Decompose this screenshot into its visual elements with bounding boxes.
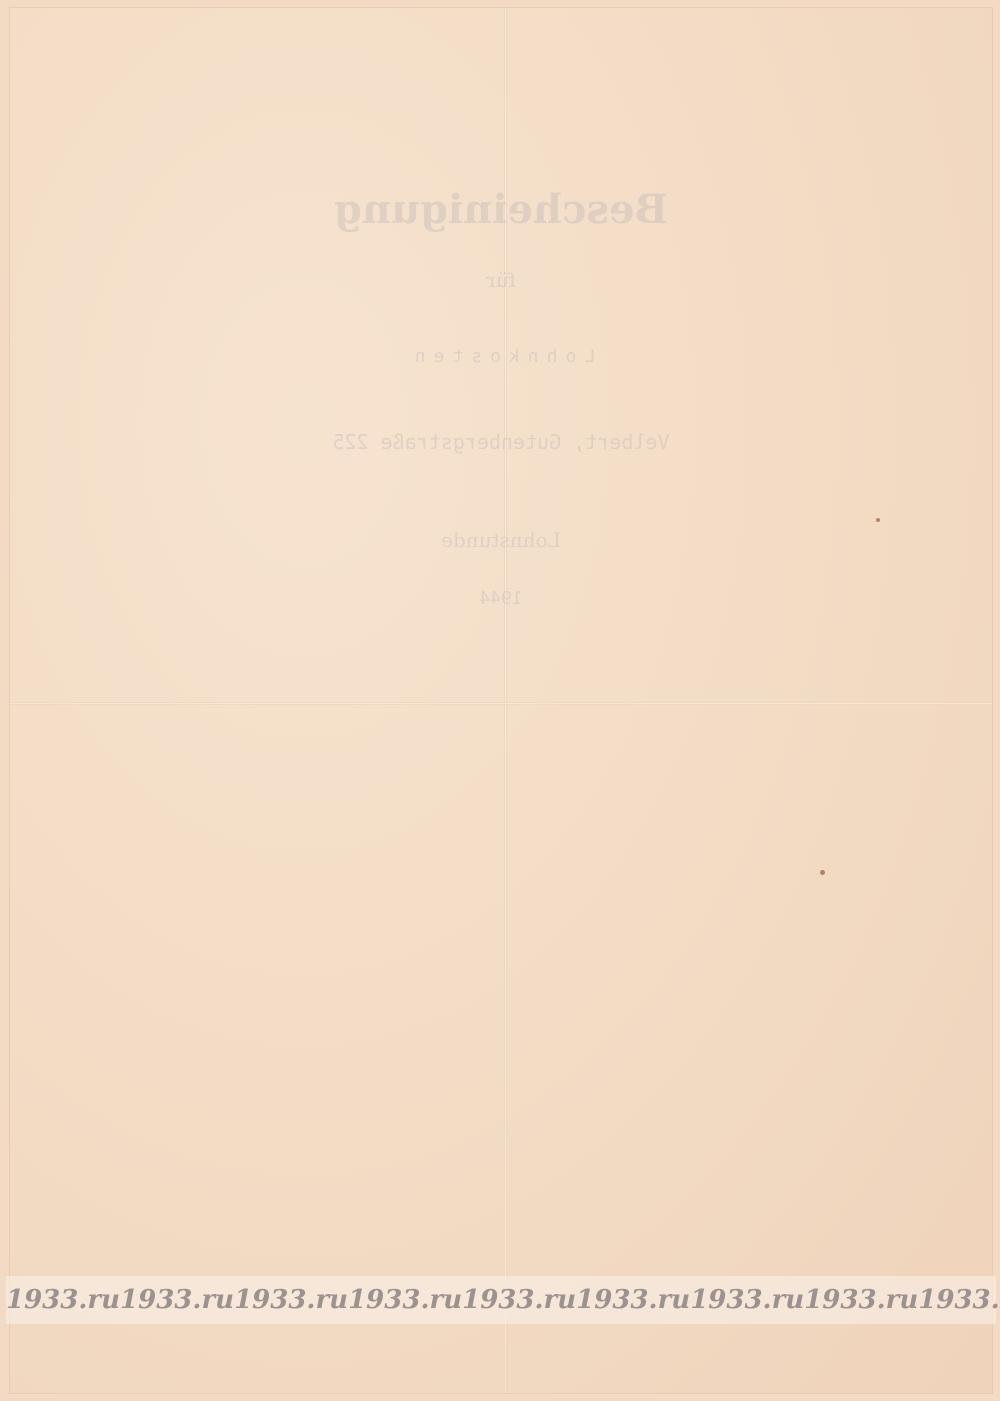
ghost-line: Lohnstunde [10, 528, 992, 552]
ghost-title: Bescheinigung [10, 186, 992, 233]
watermark-text: 1933.ru [462, 1285, 576, 1315]
watermark-text: 1933.ru [120, 1285, 234, 1315]
paper-sheet: Bescheinigung für Lohnkosten Velbert, Gu… [10, 8, 992, 1393]
ghost-date: 1944 [10, 588, 992, 609]
stain-spot [820, 870, 825, 875]
watermark-text: 1933.ru [576, 1285, 690, 1315]
ghost-line: Lohnkosten [10, 346, 992, 367]
watermark-text: 1933.ru [6, 1285, 120, 1315]
stain-spot [876, 518, 880, 522]
ghost-line: für [10, 268, 992, 292]
watermark-text: 1933.ru [804, 1285, 918, 1315]
watermark-text: 1933.ru [348, 1285, 462, 1315]
watermark-band: 1933.ru 1933.ru 1933.ru 1933.ru 1933.ru … [6, 1276, 996, 1324]
horizontal-fold-crease [10, 702, 992, 705]
watermark-text: 1933.ru [918, 1285, 1000, 1315]
ghost-address: Velbert, Gutenbergstraße 225 [10, 430, 992, 454]
watermark-text: 1933.ru [690, 1285, 804, 1315]
watermark-text: 1933.ru [234, 1285, 348, 1315]
